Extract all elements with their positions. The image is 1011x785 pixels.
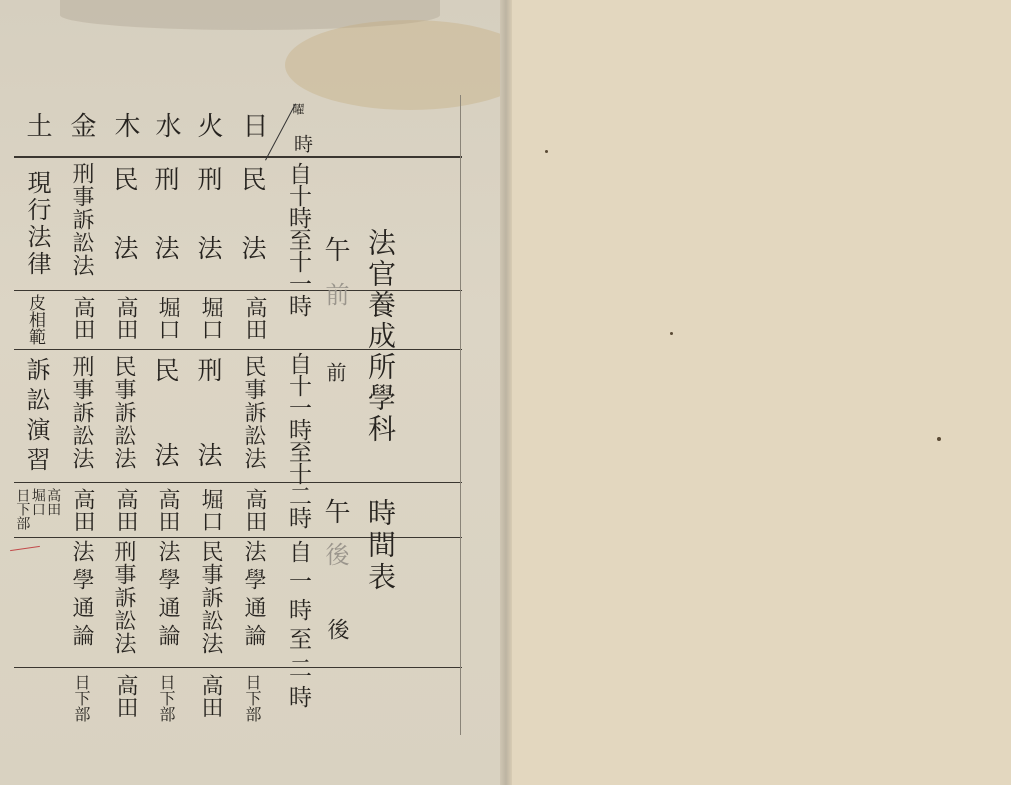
morning-label-bottom: 前 — [325, 362, 345, 382]
right-page-blank — [507, 0, 1011, 785]
subject-mon-3: 法學通論 — [242, 540, 264, 652]
instructor-mon-1: 高田 — [243, 296, 265, 340]
document-title: 法官養成所學科 — [366, 228, 394, 445]
day-header-mon: 日 — [240, 112, 266, 138]
table-right-border — [460, 95, 461, 735]
instructor-thu-1: 高田 — [114, 296, 136, 340]
table-rule-header — [14, 156, 462, 158]
table-rule — [14, 482, 462, 483]
afternoon-label-faint: 後 — [323, 542, 347, 566]
instructor-fri-2: 高田 — [71, 488, 93, 532]
corner-label-time: 時 — [292, 134, 311, 153]
table-rule — [14, 667, 462, 668]
instructor-fri-3: 日下部 — [73, 674, 89, 722]
paper-speck — [670, 332, 673, 335]
subject-thu-2: 民事訴訟法 — [112, 355, 134, 470]
afternoon-label-bottom: 後 — [325, 618, 347, 640]
day-header-fri: 金 — [68, 112, 94, 138]
instructor-tue-3: 高田 — [199, 674, 221, 718]
instructor-fri-1: 高田 — [71, 296, 93, 340]
document-subtitle: 時間表 — [366, 498, 394, 594]
subject-fri-2: 刑事訴訟法 — [70, 355, 92, 470]
subject-sat-2: 訴訟演習 — [24, 357, 48, 477]
day-header-tue: 火 — [195, 112, 221, 138]
morning-label-faint: 前 — [323, 282, 347, 306]
instructor-mon-2: 高田 — [243, 488, 265, 532]
instructor-wed-1: 堀口 — [156, 296, 178, 340]
subject-thu-1: 民法 — [112, 166, 137, 304]
subject-thu-3: 刑事訴訟法 — [112, 540, 134, 655]
day-header-wed: 水 — [153, 112, 179, 138]
paper-speck — [545, 150, 548, 153]
page-gutter — [500, 0, 512, 785]
subject-tue-1: 刑法 — [196, 166, 221, 304]
subject-fri-3: 法學通論 — [70, 540, 92, 652]
instructor-sat-2: 高田 堀口 日下部 — [14, 488, 60, 534]
instructor-sat-1: 皮相範 — [26, 294, 43, 345]
morning-label-top: 午 — [322, 236, 348, 264]
time-slot-1: 自十時至十一時 — [286, 162, 309, 316]
subject-wed-1: 刑法 — [153, 166, 178, 304]
time-slot-3: 自一時至二時 — [286, 540, 309, 714]
water-stain — [285, 20, 535, 110]
instructor-wed-3: 日下部 — [158, 674, 174, 722]
instructor-thu-2: 高田 — [114, 488, 136, 532]
time-slot-2: 自十一時至十二時 — [286, 352, 309, 528]
afternoon-label-top: 午 — [322, 498, 348, 526]
instructor-tue-2: 堀口 — [199, 488, 221, 532]
subject-fri-1: 刑事訴訟法 — [70, 162, 92, 277]
day-header-thu: 木 — [112, 112, 138, 138]
instructor-mon-3: 日下部 — [244, 674, 260, 722]
instructor-wed-2: 高田 — [156, 488, 178, 532]
subject-mon-2: 民事訴訟法 — [242, 355, 264, 470]
subject-wed-3: 法學通論 — [156, 540, 178, 652]
instructor-tue-1: 堀口 — [199, 296, 221, 340]
paper-speck — [937, 437, 941, 441]
subject-mon-1: 民法 — [240, 166, 265, 304]
subject-sat-1: 現行法律 — [25, 170, 49, 278]
subject-tue-3: 民事訴訟法 — [199, 540, 221, 655]
instructor-thu-3: 高田 — [114, 674, 136, 718]
day-header-sat: 土 — [24, 112, 50, 138]
